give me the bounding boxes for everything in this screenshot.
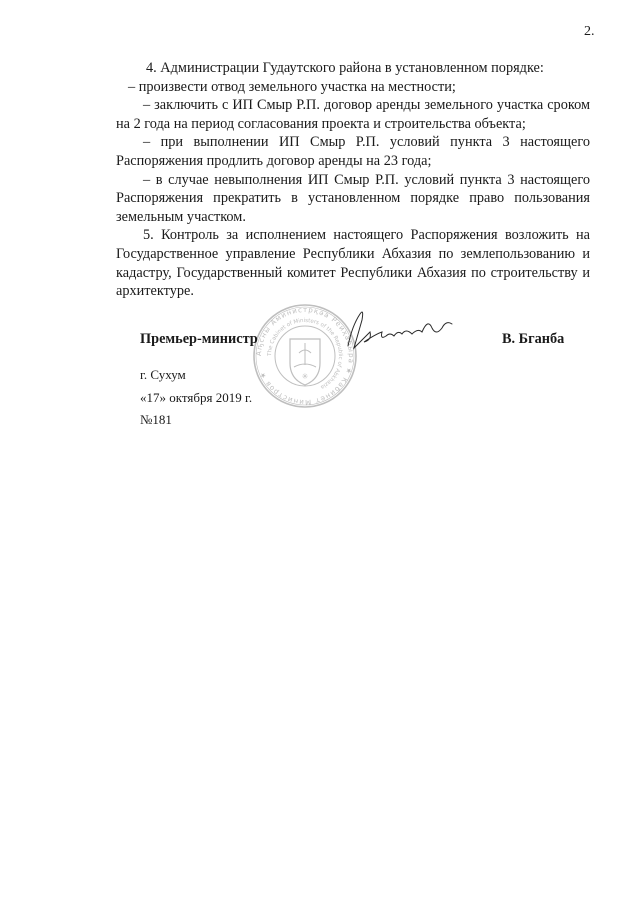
- document-date: «17» октября 2019 г.: [140, 390, 252, 406]
- paragraph-lease-contract: – заключить с ИП Смыр Р.П. договор аренд…: [116, 96, 590, 133]
- signatory-title: Премьер-министр: [140, 331, 258, 348]
- document-number: №181: [140, 412, 172, 428]
- paragraph-lease-termination: – в случае невыполнения ИП Смыр Р.П. усл…: [116, 171, 590, 227]
- page-number: 2.: [584, 24, 595, 40]
- svg-text:✳: ✳: [302, 372, 309, 381]
- paragraph-item-5: 5. Контроль за исполнением настоящего Ра…: [116, 226, 590, 300]
- document-city: г. Сухум: [140, 367, 186, 383]
- document-body: 4. Администрации Гудаутского района в ус…: [116, 59, 590, 301]
- paragraph-item-4: 4. Администрации Гудаутского района в ус…: [116, 59, 590, 78]
- signatory-name: В. Бганба: [502, 331, 564, 348]
- paragraph-allotment: – произвести отвод земельного участка на…: [116, 78, 590, 97]
- handwritten-signature: [342, 306, 460, 356]
- paragraph-lease-extension: – при выполнении ИП Смыр Р.П. условий пу…: [116, 133, 590, 170]
